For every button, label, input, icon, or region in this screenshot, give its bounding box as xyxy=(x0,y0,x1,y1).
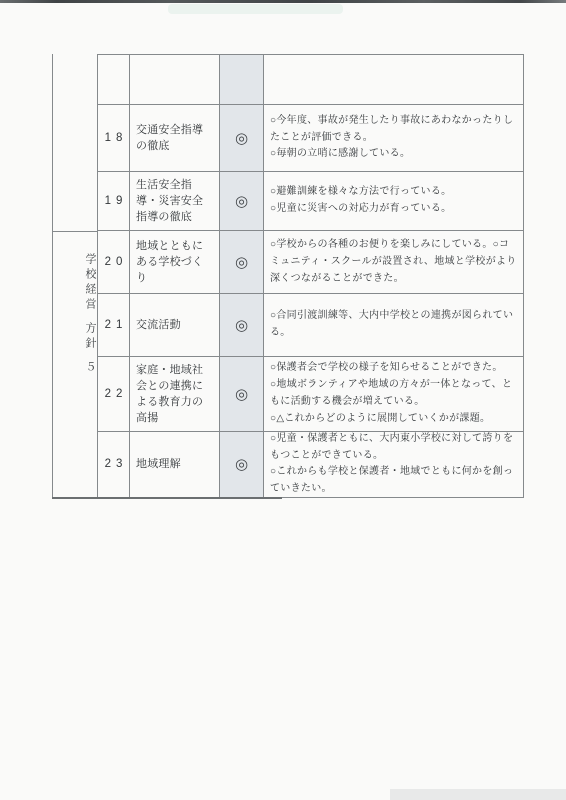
section-column: 学校経営 方針 ５ xyxy=(52,54,97,498)
comment-line: ○今年度、事故が発生したり事故にあわなかったりしたことが評価できる。 xyxy=(270,113,517,147)
comment-line: ○毎朝の立哨に感謝している。 xyxy=(270,146,517,163)
item-name-cell xyxy=(130,55,220,104)
scanned-document-page: 学校経営 方針 ５ 18 交通安全指導の徹底 ◎ ○今年度、事故が発生したり事故… xyxy=(0,0,566,800)
item-name-cell: 交通安全指導の徹底 xyxy=(130,105,220,172)
comment-line: ○避難訓練を様々な方法で行っている。 xyxy=(270,184,517,201)
rating-cell: ◎ xyxy=(220,172,264,230)
section-label-line2: 方針 xyxy=(53,322,98,352)
row-number-cell: 18 xyxy=(98,105,130,172)
comment-line: ○児童に災害への対応力が育っている。 xyxy=(270,201,517,218)
item-name-cell: 地域とともにある学校づくり xyxy=(130,231,220,294)
comment-line: ○保護者会で学校の様子を知らせることができた。 xyxy=(270,360,517,377)
row-number-cell: 23 xyxy=(98,432,130,497)
rating-cell: ◎ xyxy=(220,432,264,497)
scan-edge-artifact xyxy=(0,0,566,3)
scan-smudge-bottom xyxy=(390,789,566,800)
table-row: 22 家庭・地域社会との連携による教育力の高揚 ◎ ○保護者会で学校の様子を知ら… xyxy=(98,357,523,432)
rating-cell: ◎ xyxy=(220,231,264,294)
comments-cell: ○今年度、事故が発生したり事故にあわなかったりしたことが評価できる。 ○毎朝の立… xyxy=(264,105,523,172)
item-name-cell: 生活安全指導・災害安全指導の徹底 xyxy=(130,172,220,230)
table-row: 21 交流活動 ◎ ○合同引渡訓練等、大内中学校との連携が図られている。 xyxy=(98,294,523,357)
comments-cell xyxy=(264,55,523,104)
table-row-empty xyxy=(98,55,523,105)
row-number-cell xyxy=(98,55,130,104)
table-row: 20 地域とともにある学校づくり ◎ ○学校からの各種のお便りを楽しみにしている… xyxy=(98,231,523,295)
rating-cell: ◎ xyxy=(220,105,264,172)
table-row: 18 交通安全指導の徹底 ◎ ○今年度、事故が発生したり事故にあわなかったりした… xyxy=(98,105,523,173)
section-label: 学校経営 方針 ５ xyxy=(53,253,98,376)
rating-cell xyxy=(220,55,264,104)
comments-cell: ○保護者会で学校の様子を知らせることができた。 ○地域ボランティアや地域の方々が… xyxy=(264,357,523,431)
scan-smudge xyxy=(168,4,343,14)
item-name-cell: 交流活動 xyxy=(130,294,220,356)
item-name-cell: 地域理解 xyxy=(130,432,220,497)
comment-line: ○△これからどのように展開していくかが課題。 xyxy=(270,411,517,428)
row-number-cell: 22 xyxy=(98,357,130,431)
section-label-line3: ５ xyxy=(53,361,98,376)
item-name-cell: 家庭・地域社会との連携による教育力の高揚 xyxy=(130,357,220,431)
table-row: 23 地域理解 ◎ ○児童・保護者ともに、大内東小学校に対して誇りをもつことがで… xyxy=(98,432,523,497)
table-row: 19 生活安全指導・災害安全指導の徹底 ◎ ○避難訓練を様々な方法で行っている。… xyxy=(98,172,523,231)
section-label-line1: 学校経営 xyxy=(53,253,98,313)
comment-line: ○地域ボランティアや地域の方々が一体となって、ともに活動する機会が増えている。 xyxy=(270,377,517,411)
rating-cell: ◎ xyxy=(220,357,264,431)
comment-line: ○児童・保護者ともに、大内東小学校に対して誇りをもつことができている。 xyxy=(270,431,517,465)
comments-cell: ○児童・保護者ともに、大内東小学校に対して誇りをもつことができている。 ○これか… xyxy=(264,432,523,497)
comment-line: ○学校からの各種のお便りを楽しみにしている。○コミュニティ・スクールが設置され、… xyxy=(270,237,517,287)
row-number-cell: 21 xyxy=(98,294,130,356)
section-divider-line xyxy=(53,231,98,232)
comments-cell: ○合同引渡訓練等、大内中学校との連携が図られている。 xyxy=(264,294,523,356)
evaluation-table: 18 交通安全指導の徹底 ◎ ○今年度、事故が発生したり事故にあわなかったりした… xyxy=(97,54,524,498)
row-number-cell: 20 xyxy=(98,231,130,294)
bottom-border-retrace xyxy=(52,497,282,499)
comment-line: ○合同引渡訓練等、大内中学校との連携が図られている。 xyxy=(270,308,517,342)
comments-cell: ○学校からの各種のお便りを楽しみにしている。○コミュニティ・スクールが設置され、… xyxy=(264,231,523,294)
comment-line: ○これからも学校と保護者・地域でともに何かを創っていきたい。 xyxy=(270,464,517,498)
row-number-cell: 19 xyxy=(98,172,130,230)
rating-cell: ◎ xyxy=(220,294,264,356)
comments-cell: ○避難訓練を様々な方法で行っている。 ○児童に災害への対応力が育っている。 xyxy=(264,172,523,230)
